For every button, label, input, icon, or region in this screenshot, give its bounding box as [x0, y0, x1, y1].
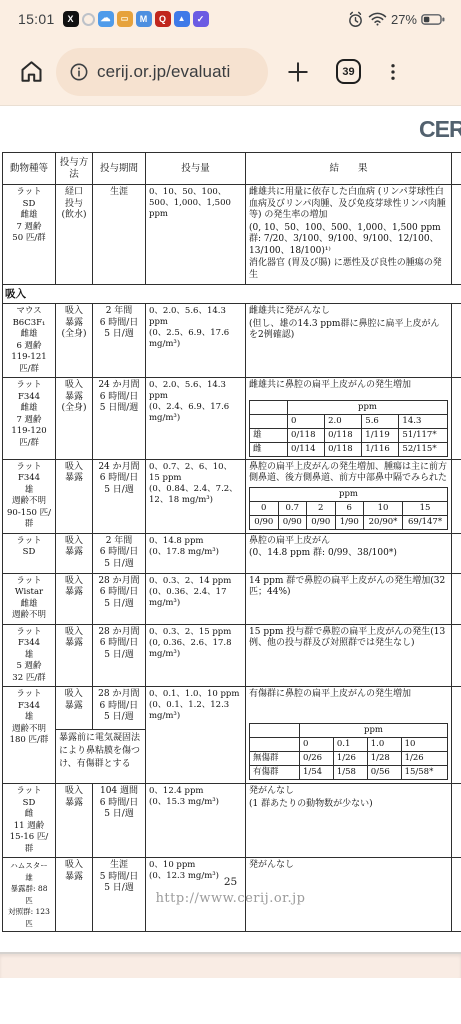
method-cell: 吸入 暴露 [56, 784, 93, 857]
battery-icon [421, 13, 445, 26]
period-line: 5 日/週 [95, 712, 143, 724]
ceri-logo: CERI [419, 116, 461, 143]
result-cell: 14 ppm 群で鼻腔の扁平上皮がんの発生増加(32 匹；44%) [246, 574, 452, 624]
row-filler-cell [452, 185, 461, 284]
animal-line: 週齢不明 [6, 496, 52, 508]
animal-line: SD [6, 798, 52, 810]
browser-menu-button[interactable] [381, 60, 405, 84]
nested-corner-cell [250, 737, 300, 751]
animal-line: B6C3F₁ [6, 318, 52, 330]
nested-data-row: 雄 0/118 0/118 1/119 51/117* [250, 428, 448, 442]
home-button[interactable] [16, 57, 46, 87]
period-line: 5 日間/週 [96, 403, 142, 415]
wifi-icon [368, 11, 387, 27]
animal-line: 119-120 [6, 426, 52, 438]
table-row: ラット F344 雄 週齢不明 90-150 匹/ 群 吸入 暴露 24 か月間… [3, 460, 461, 534]
dose-cell: 0、2.0、5.6、14.3 ppm (0、2.4、6.9、17.6 mg/m³… [146, 378, 246, 459]
dose-line: 0、0.7、2、6、10、15 ppm [149, 462, 242, 484]
dose-line: (0、2.4、6.9、17.6 mg/m³) [149, 402, 242, 424]
nested-value: 1/58 [333, 765, 367, 779]
nested-col-label: 1.0 [367, 737, 401, 751]
footer-url: http://www.cerij.or.jp [0, 891, 461, 906]
table-header-row: 動物種等 投与方法 投与期間 投与量 結 果 [3, 153, 461, 185]
table-row: ラット SD 雌 11 週齢 15-16 匹/群 吸入 暴露 104 週間 6 … [3, 784, 461, 858]
new-tab-button[interactable] [282, 56, 314, 88]
row-filler-cell [452, 574, 461, 624]
animal-line: 週齢不明 [6, 610, 52, 622]
result-cell: 鼻腔の扁平上皮がん (0、14.8 ppm 群: 0/99、38/100*) [246, 534, 452, 573]
dose-line: 0、0.1、1.0、10 ppm [149, 689, 242, 700]
nested-col-label: 10 [364, 501, 403, 515]
table-row: ラット F344 雄 週齢不明 180 匹/群 吸入 暴露 28 か月間 [3, 687, 461, 784]
animal-line: Wistar [6, 587, 52, 599]
nested-row-label: 無傷群 [250, 751, 300, 765]
dose-cell: 0、0.1、1.0、10 ppm (0、0.1、1.2、12.3 mg/m³) [146, 687, 246, 783]
period-cell: 24 か月間 6 時間/日 5 日間/週 [93, 378, 146, 459]
animal-line: 90-150 匹/ [6, 508, 52, 520]
status-bar: 15:01 X ☁ ▭ M Q ▲ ✓ 27% [0, 0, 461, 38]
animal-line: F344 [6, 701, 52, 713]
result-paragraph: 鼻腔の扁平上皮がん [249, 536, 448, 548]
dose-line: (0、0.84、2.4、7.2、12、18 mg/m³) [149, 484, 242, 506]
animal-line: 50 匹/群 [6, 233, 52, 245]
result-paragraph: (但し、雄の14.3 ppm群に鼻腔に扁平上皮がんを2例確認) [249, 319, 448, 342]
method-line: 吸入 [59, 576, 89, 588]
period-line: 6 時間/日 [96, 473, 142, 485]
result-cell: 雌雄共に鼻腔の扁平上皮がんの発生増加 ppm 0 2.0 5.6 14.3 [246, 378, 452, 459]
browser-toolbar: cerij.or.jp/evaluati 39 [0, 38, 461, 106]
table-row: ラット Wistar 雌雄 週齢不明 吸入 暴露 28 か月間 6 時間/日 5… [3, 574, 461, 625]
battery-percent: 27% [391, 12, 417, 27]
nested-value: 0/26 [300, 751, 334, 765]
nested-col-label: 2 [307, 501, 336, 515]
row-filler-cell [452, 784, 461, 857]
kebab-menu-icon [383, 62, 403, 82]
animal-cell: ラット SD [3, 534, 56, 573]
animal-line: 雌雄 [6, 329, 52, 341]
nested-corner-cell [250, 723, 300, 737]
animal-cell: ラット SD 雌 11 週齢 15-16 匹/群 [3, 784, 56, 857]
dose-line: 0、2.0、5.6、14.3 ppm [149, 380, 242, 402]
nested-row-label: 雄 [250, 428, 288, 442]
dose-line: 0、0.3、2、14 ppm [149, 576, 242, 587]
period-cell: 28 か月間 6 時間/日 5 日/週 [93, 625, 146, 687]
nested-data-row: 0/90 0/90 0/90 1/90 20/90* 69/147* [250, 515, 448, 529]
nested-col-label: 2.0 [325, 414, 362, 428]
nested-value: 0/90 [307, 515, 336, 529]
animal-line: ラット [6, 536, 52, 548]
method-cell: 吸入 暴露 [56, 687, 93, 729]
nested-col-label: 0 [250, 501, 279, 515]
nested-col-label: 0.1 [333, 737, 367, 751]
animal-line: 雌雄 [6, 210, 52, 222]
method-line: 吸入 [59, 627, 89, 639]
period-line: 2 年間 [96, 306, 142, 318]
section-row-inhalation: 吸入 [3, 285, 461, 304]
period-line: 2 年間 [96, 536, 142, 548]
animal-line: ラット [6, 576, 52, 588]
animal-cell: ラット F344 雄 週齢不明 180 匹/群 [3, 687, 56, 783]
animal-line: F344 [6, 638, 52, 650]
period-line: 6 時間/日 [96, 547, 142, 559]
header-filler-cell [452, 153, 461, 184]
animal-line: 匹/群 [6, 364, 52, 376]
phone-screen: 15:01 X ☁ ▭ M Q ▲ ✓ 27% [0, 0, 461, 1024]
method-line: (全身) [59, 329, 89, 341]
dose-cell: 0、0.3、2、15 ppm (0, 0.36、2.6、17.8 mg/m³) [146, 625, 246, 687]
nested-value: 0/90 [250, 515, 279, 529]
animal-line: F344 [6, 473, 52, 485]
method-cell: 吸入 暴露 (全身) [56, 378, 93, 459]
result-paragraph: 14 ppm 群で鼻腔の扁平上皮がんの発生増加(32 匹；44%) [249, 576, 448, 599]
method-line: 吸入 [59, 786, 89, 798]
row-filler-cell [452, 378, 461, 459]
nested-value: 69/147* [403, 515, 448, 529]
nested-corner-cell [250, 400, 288, 414]
nested-col-label: 15 [403, 501, 448, 515]
row-filler-cell [452, 460, 461, 533]
document-page: CERI 動物種等 投与方法 投与期間 投与量 結 果 ラット SD 雌雄 7 … [0, 106, 461, 952]
method-cell: 吸入 暴露 [56, 460, 93, 533]
nested-col-label: 0.7 [278, 501, 307, 515]
dose-line: (0、15.3 mg/m³) [149, 797, 242, 808]
dose-line: (0、17.8 mg/m³) [149, 547, 242, 558]
toxicity-table: 動物種等 投与方法 投与期間 投与量 結 果 ラット SD 雌雄 7 週齢 50… [2, 152, 461, 932]
period-cell: 28 か月間 6 時間/日 5 日/週 [93, 687, 145, 729]
method-line: (全身) [59, 403, 89, 415]
animal-line: 雄 [6, 485, 52, 497]
nested-col-label: 10 [401, 737, 447, 751]
animal-line: 180 匹/群 [6, 735, 52, 747]
nested-dose-result-table: ppm 0 2.0 5.6 14.3 雄 0/118 0/118 [249, 400, 448, 457]
period-line: 5 日/週 [96, 599, 142, 611]
animal-line: 11 週齢 [6, 821, 52, 833]
nested-value: 0/118 [288, 428, 325, 442]
period-cell: 104 週間 6 時間/日 5 日/週 [93, 784, 146, 857]
animal-line: ラット [6, 627, 52, 639]
animal-line: 7 週齢 [6, 415, 52, 427]
row-filler-cell [452, 304, 461, 377]
period-line: 6 時間/日 [96, 638, 142, 650]
dose-line: (0、0.36、2.4、17 mg/m³) [149, 587, 242, 609]
animal-cell: ラット F344 雄 週齢不明 90-150 匹/ 群 [3, 460, 56, 533]
url-text: cerij.or.jp/evaluati [97, 62, 230, 82]
result-cell: 15 ppm 投与群で鼻腔の扁平上皮がんの発生(13 例、他の投与群及び対照群で… [246, 625, 452, 687]
header-period: 投与期間 [93, 153, 146, 184]
method-line: 吸入 [59, 536, 89, 548]
header-animal: 動物種等 [3, 153, 56, 184]
animal-line: 119-121 [6, 352, 52, 364]
period-cell: 生涯 [93, 185, 146, 284]
method-period-composite-cell: 吸入 暴露 28 か月間 6 時間/日 5 日/週 暴露前に電気凝固法により鼻粘… [56, 687, 146, 783]
nested-unit-row: ppm [250, 400, 448, 414]
period-line: 5 日/週 [96, 559, 142, 571]
result-cell: 有傷群に鼻腔の扁平上皮がんの発生増加 ppm 0 0.1 1.0 10 [246, 687, 452, 783]
row-filler-cell [452, 534, 461, 573]
nested-col-header-row: 0 0.1 1.0 10 [250, 737, 448, 751]
nested-data-row: 無傷群 0/26 1/26 1/28 1/26 [250, 751, 448, 765]
method-line: 吸入 [59, 462, 89, 474]
result-paragraph: 有傷群に鼻腔の扁平上皮がんの発生増加 [249, 689, 448, 701]
animal-line: ラット [6, 462, 52, 474]
nested-value: 1/90 [335, 515, 364, 529]
result-paragraph: 雌雄共に用量に依存した白血病 (リンパ芽球性白血病及びリンパ肉腫、及び免疫芽球性… [249, 187, 448, 222]
method-cell: 吸入 暴露 [56, 534, 93, 573]
nested-data-row: 雌 0/114 0/118 1/116 52/115* [250, 442, 448, 456]
animal-line: 32 匹/群 [6, 673, 52, 685]
nested-value: 51/117* [399, 428, 448, 442]
result-cell: 雌雄共に用量に依存した白血病 (リンパ芽球性白血病及びリンパ肉腫、及び免疫芽球性… [246, 185, 452, 284]
nested-value: 1/116 [362, 442, 399, 456]
result-paragraph: (0、14.8 ppm 群: 0/99、38/100*) [249, 548, 448, 560]
nested-value: 0/56 [367, 765, 401, 779]
result-paragraph: 鼻腔の扁平上皮がんの発生増加、腫瘍は主に前方側鼻道、後方側鼻道、前方中部鼻中隔で… [249, 462, 448, 485]
q-app-icon: Q [155, 11, 171, 27]
period-cell: 2 年間 6 時間/日 5 日/週 [93, 304, 146, 377]
method-line: 暴露 [58, 701, 90, 713]
period-line: 6 時間/日 [96, 392, 142, 404]
dose-cell: 0、2.0、5.6、14.3 ppm (0、2.5、6.9、17.6 mg/m³… [146, 304, 246, 377]
period-line: 6 時間/日 [95, 701, 143, 713]
dose-line: 0、2.0、5.6、14.3 ppm [149, 306, 242, 328]
method-cell: 経口 投与 (飲水) [56, 185, 93, 284]
nested-col-label: 6 [335, 501, 364, 515]
animal-line: 雌雄 [6, 403, 52, 415]
dose-line: 0、0.3、2、15 ppm [149, 627, 242, 638]
nested-value: 1/119 [362, 428, 399, 442]
header-result: 結 果 [246, 153, 452, 184]
method-cell: 吸入 暴露 [56, 574, 93, 624]
method-cell: 吸入 暴露 (全身) [56, 304, 93, 377]
period-line: 6 時間/日 [96, 798, 142, 810]
animal-line: 対照群: 123 匹 [6, 906, 52, 929]
nested-dose-result-table: ppm 0 0.7 2 6 10 15 0/90 0/90 [249, 487, 448, 530]
nested-value: 0/114 [288, 442, 325, 456]
animal-line: 15-16 匹/群 [6, 832, 52, 855]
nested-col-label: 0 [288, 414, 325, 428]
clock-time: 15:01 [18, 11, 55, 27]
nested-unit-row: ppm [250, 723, 448, 737]
method-line: 吸入 [59, 380, 89, 392]
nested-value: 0/90 [278, 515, 307, 529]
animal-cell: ラット F344 雌雄 7 週齢 119-120 匹/群 [3, 378, 56, 459]
page-number: 25 [0, 876, 461, 888]
nested-unit: ppm [300, 723, 448, 737]
period-cell: 2 年間 6 時間/日 5 日/週 [93, 534, 146, 573]
result-cell: 鼻腔の扁平上皮がんの発生増加、腫瘍は主に前方側鼻道、後方側鼻道、前方中部鼻中隔で… [246, 460, 452, 533]
nested-unit: ppm [288, 400, 448, 414]
dose-line: 0、14.8 ppm [149, 536, 242, 547]
period-line: 5 日/週 [96, 809, 142, 821]
nested-row-label: 有傷群 [250, 765, 300, 779]
nested-value: 1/26 [333, 751, 367, 765]
page-footer: 25 http://www.cerij.or.jp [0, 862, 461, 906]
nested-row-label: 雌 [250, 442, 288, 456]
result-paragraph: 雌雄共に発がんなし [249, 306, 448, 318]
dose-line: (0、0.1、1.2、12.3 mg/m³) [149, 700, 242, 722]
animal-line: 雌 [6, 809, 52, 821]
animal-line: ラット [6, 380, 52, 392]
method-line: 暴露 [59, 473, 89, 485]
dose-cell: 0、0.7、2、6、10、15 ppm (0、0.84、2.4、7.2、12、1… [146, 460, 246, 533]
animal-line: ラット [6, 187, 52, 199]
period-line: 28 か月間 [96, 576, 142, 588]
nested-col-header-row: 0 2.0 5.6 14.3 [250, 414, 448, 428]
result-paragraph: (1 群あたりの動物数が少ない) [249, 799, 448, 811]
method-line: 暴露 [59, 638, 89, 650]
dose-line: (0、2.5、6.9、17.6 mg/m³) [149, 328, 242, 350]
animal-cell: マウス B6C3F₁ 雌雄 6 週齢 119-121 匹/群 [3, 304, 56, 377]
tab-switcher-button[interactable]: 39 [336, 59, 361, 84]
next-document-page [0, 978, 461, 1024]
nested-col-label: 5.6 [362, 414, 399, 428]
mail-app-icon: M [136, 11, 152, 27]
weather-app-icon: ☁ [98, 11, 114, 27]
animal-line: ラット [6, 689, 52, 701]
header-method: 投与方法 [56, 153, 93, 184]
method-line: 吸入 [59, 306, 89, 318]
period-line: 生涯 [96, 187, 142, 199]
method-cell: 吸入 暴露 [56, 625, 93, 687]
dose-line: 0、10、50、100、500、1,000、1,500 ppm [149, 187, 242, 220]
animal-line: 7 週齢 [6, 222, 52, 234]
nested-value: 15/58* [401, 765, 447, 779]
dose-cell: 0、12.4 ppm (0、15.3 mg/m³) [146, 784, 246, 857]
nested-col-label: 0 [300, 737, 334, 751]
tab-count: 39 [342, 66, 354, 78]
period-cell: 24 か月間 6 時間/日 5 日/週 [93, 460, 146, 533]
x-app-icon: X [63, 11, 79, 27]
nested-value: 1/28 [367, 751, 401, 765]
table-row: ラット SD 雌雄 7 週齢 50 匹/群 経口 投与 (飲水) 生涯 0、10… [3, 185, 461, 285]
nested-value: 1/54 [300, 765, 334, 779]
result-paragraph: 消化器官 (胃及び腸) に悪性及び良性の腫瘍の発生 [249, 258, 448, 281]
method-line: 吸入 [58, 689, 90, 701]
animal-line: 6 週齢 [6, 341, 52, 353]
alarm-icon [347, 11, 364, 28]
result-paragraph: (0, 10、50、100、500、1,000、1,500 ppm 群: 7/2… [249, 223, 448, 258]
method-line: 暴露 [59, 798, 89, 810]
nested-col-label: 14.3 [399, 414, 448, 428]
row-filler-cell [452, 687, 461, 783]
nested-value: 1/26 [401, 751, 447, 765]
period-line: 28 か月間 [95, 689, 143, 701]
ring-icon [82, 13, 95, 26]
method-period-top: 吸入 暴露 28 か月間 6 時間/日 5 日/週 [56, 687, 145, 730]
nested-value: 0/118 [325, 428, 362, 442]
shoe-app-icon: ✓ [193, 11, 209, 27]
animal-line: 匹/群 [6, 438, 52, 450]
period-line: 5 日/週 [96, 485, 142, 497]
animal-line: SD [6, 199, 52, 211]
period-line: 5 日/週 [96, 650, 142, 662]
table-row: ラット F344 雌雄 7 週齢 119-120 匹/群 吸入 暴露 (全身) … [3, 378, 461, 460]
animal-line: 群 [6, 519, 52, 531]
notes-app-icon: ▭ [117, 11, 133, 27]
animal-line: 雄 [6, 712, 52, 724]
nested-value: 0/118 [325, 442, 362, 456]
status-right-cluster: 27% [347, 11, 445, 28]
animal-line: 5 週齢 [6, 661, 52, 673]
method-line: (飲水) [59, 210, 89, 222]
nested-dose-result-table: ppm 0 0.1 1.0 10 無傷群 0/26 1/26 [249, 723, 448, 780]
animal-cell: ラット Wistar 雌雄 週齢不明 [3, 574, 56, 624]
dose-cell: 0、10、50、100、500、1,000、1,500 ppm [146, 185, 246, 284]
period-line: 6 時間/日 [96, 587, 142, 599]
result-cell: 雌雄共に発がんなし (但し、雄の14.3 ppm群に鼻腔に扁平上皮がんを2例確認… [246, 304, 452, 377]
method-line: 暴露 [59, 318, 89, 330]
animal-line: 週齢不明 [6, 724, 52, 736]
animal-line: 雌雄 [6, 599, 52, 611]
table-row: ラット SD 吸入 暴露 2 年間 6 時間/日 5 日/週 0、14.8 pp… [3, 534, 461, 574]
dose-line: (0, 0.36、2.6、17.8 mg/m³) [149, 638, 242, 660]
animal-line: 雄 [6, 650, 52, 662]
nested-data-row: 有傷群 1/54 1/58 0/56 15/58* [250, 765, 448, 779]
plus-icon [284, 58, 312, 86]
nested-unit: ppm [250, 487, 448, 501]
result-paragraph: 15 ppm 投与群で鼻腔の扁平上皮がんの発生(13 例、他の投与群及び対照群で… [249, 627, 448, 650]
method-line: 経口 [59, 187, 89, 199]
animal-cell: ラット F344 雄 5 週齢 32 匹/群 [3, 625, 56, 687]
animal-line: マウス [6, 306, 52, 318]
warning-app-icon: ▲ [174, 11, 190, 27]
animal-line: ラット [6, 786, 52, 798]
nested-col-header-row: 0 0.7 2 6 10 15 [250, 501, 448, 515]
period-cell: 28 か月間 6 時間/日 5 日/週 [93, 574, 146, 624]
period-line: 5 日/週 [96, 329, 142, 341]
animal-line: SD [6, 547, 52, 559]
animal-cell: ラット SD 雌雄 7 週齢 50 匹/群 [3, 185, 56, 284]
nested-corner-cell [250, 414, 288, 428]
page-gap [0, 952, 461, 978]
table-row: マウス B6C3F₁ 雌雄 6 週齢 119-121 匹/群 吸入 暴露 (全身… [3, 304, 461, 378]
result-cell: 発がんなし (1 群あたりの動物数が少ない) [246, 784, 452, 857]
dose-line: 0、12.4 ppm [149, 786, 242, 797]
info-icon [69, 62, 89, 82]
row-filler-cell [452, 625, 461, 687]
period-line: 6 時間/日 [96, 318, 142, 330]
dose-cell: 0、0.3、2、14 ppm (0、0.36、2.4、17 mg/m³) [146, 574, 246, 624]
header-dose: 投与量 [146, 153, 246, 184]
result-paragraph: 雌雄共に鼻腔の扁平上皮がんの発生増加 [249, 380, 448, 392]
home-icon [18, 58, 45, 85]
dose-cell: 0、14.8 ppm (0、17.8 mg/m³) [146, 534, 246, 573]
period-line: 24 か月間 [96, 462, 142, 474]
nested-value: 52/115* [399, 442, 448, 456]
period-line: 104 週間 [96, 786, 142, 798]
period-line: 28 か月間 [96, 627, 142, 639]
notification-icons: X ☁ ▭ M Q ▲ ✓ [63, 11, 209, 27]
nested-unit-row: ppm [250, 487, 448, 501]
table-row: ラット F344 雄 5 週齢 32 匹/群 吸入 暴露 28 か月間 6 時間… [3, 625, 461, 688]
method-line: 暴露 [59, 587, 89, 599]
nested-value: 20/90* [364, 515, 403, 529]
period-line: 24 か月間 [96, 380, 142, 392]
method-line: 投与 [59, 199, 89, 211]
method-line: 暴露 [59, 547, 89, 559]
section-label: 吸入 [3, 285, 461, 303]
method-line: 暴露 [59, 392, 89, 404]
result-paragraph: 発がんなし [249, 786, 448, 798]
animal-line: F344 [6, 392, 52, 404]
address-bar[interactable]: cerij.or.jp/evaluati [56, 48, 268, 96]
method-note-cell: 暴露前に電気凝固法により鼻粘膜を傷つけ、有傷群とする [56, 730, 145, 783]
